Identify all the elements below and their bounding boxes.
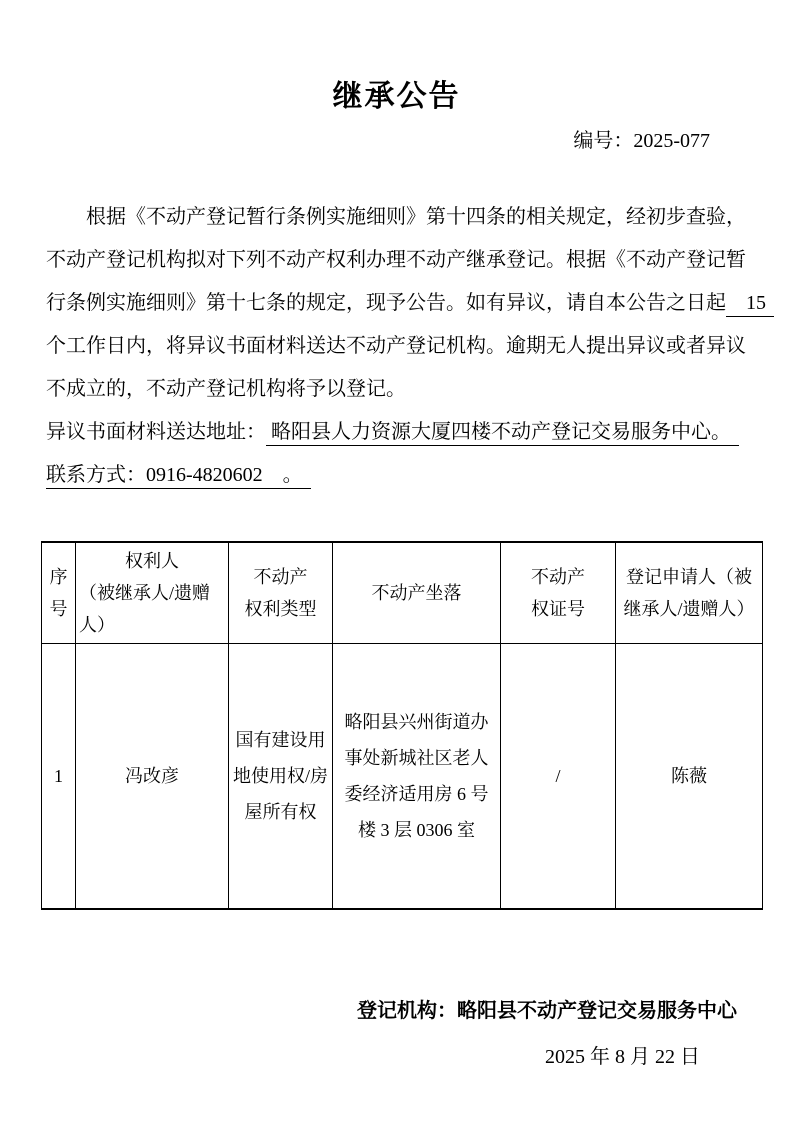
contact-line: 联系方式：0916-4820602 。 [46, 454, 748, 497]
notice-line-5: 不成立的，不动产登记机构将予以登记。 [46, 368, 748, 411]
contact-value-underlined: 联系方式：0916-4820602 。 [46, 464, 311, 489]
table-header-row: 序号 权利人 （被继承人/遗赠人） 不动产 权利类型 不动产坐落 不动产 权证号… [42, 542, 763, 644]
notice-body: 根据《不动产登记暂行条例实施细则》第十四条的相关规定，经初步查验， 不动产登记机… [46, 196, 748, 497]
col-header-location: 不动产坐落 [333, 542, 501, 644]
address-value-underlined: 略阳县人力资源大厦四楼不动产登记交易服务中心。 [266, 421, 739, 446]
col-header-type: 不动产 权利类型 [229, 542, 333, 644]
col-header-seq: 序号 [42, 542, 76, 644]
cell-location: 略阳县兴州街道办事处新城社区老人委经济适用房 6 号楼 3 层 0306 室 [333, 644, 501, 909]
notice-line-2: 不动产登记机构拟对下列不动产权利办理不动产继承登记。根据《不动产登记暂 [46, 239, 748, 282]
col-header-holder: 权利人 （被继承人/遗赠人） [76, 542, 229, 644]
address-line: 异议书面材料送达地址：略阳县人力资源大厦四楼不动产登记交易服务中心。 [46, 411, 748, 454]
table-row: 1 冯改彦 国有建设用地使用权/房屋所有权 略阳县兴州街道办事处新城社区老人委经… [42, 644, 763, 909]
cell-seq: 1 [42, 644, 76, 909]
announcement-table: 序号 权利人 （被继承人/遗赠人） 不动产 权利类型 不动产坐落 不动产 权证号… [41, 541, 763, 910]
objection-days-underlined: 15 [726, 292, 774, 317]
col-header-applicant: 登记申请人（被继承人/遗赠人） [616, 542, 763, 644]
col-header-cert: 不动产 权证号 [501, 542, 616, 644]
notice-line-1: 根据《不动产登记暂行条例实施细则》第十四条的相关规定，经初步查验， [46, 196, 748, 239]
cell-cert-number: / [501, 644, 616, 909]
notice-line-3-text: 行条例实施细则》第十七条的规定，现予公告。如有异议，请自本公告之日起 [46, 292, 726, 314]
doc-number: 编号：2025-077 [0, 128, 793, 154]
address-label: 异议书面材料送达地址： [46, 421, 266, 443]
announcement-date: 2025 年 8 月 22 日 [0, 1044, 793, 1070]
cell-applicant: 陈薇 [616, 644, 763, 909]
col-header-holder-sub: （被继承人/遗赠人） [79, 577, 225, 641]
cell-holder: 冯改彦 [76, 644, 229, 909]
registry-organization: 登记机构：略阳县不动产登记交易服务中心 [0, 998, 793, 1024]
col-header-holder-title: 权利人 [79, 545, 225, 577]
notice-line-4: 个工作日内，将异议书面材料送达不动产登记机构。逾期无人提出异议或者异议 [46, 325, 748, 368]
document-page: 继承公告 编号：2025-077 根据《不动产登记暂行条例实施细则》第十四条的相… [0, 0, 793, 1122]
notice-line-3: 行条例实施细则》第十七条的规定，现予公告。如有异议，请自本公告之日起 15 [46, 282, 748, 325]
page-title: 继承公告 [0, 0, 793, 116]
cell-right-type: 国有建设用地使用权/房屋所有权 [229, 644, 333, 909]
